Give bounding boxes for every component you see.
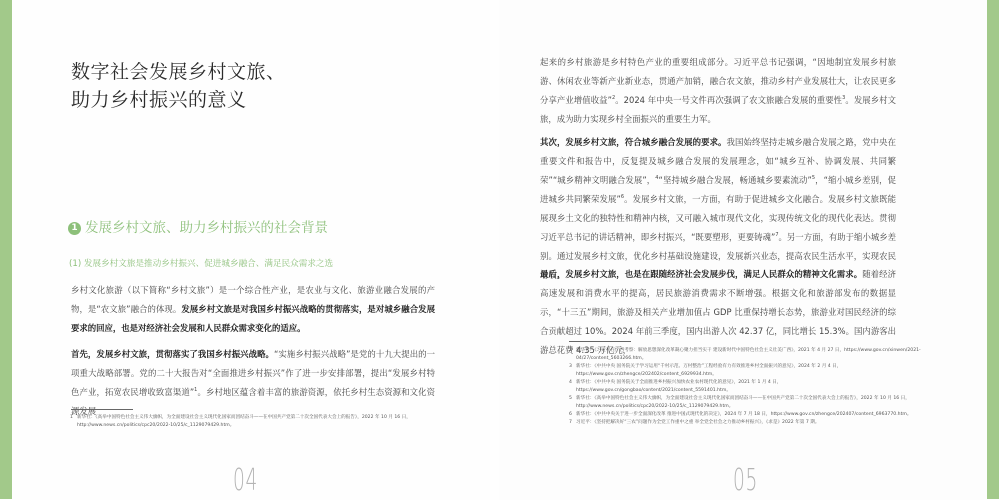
- footnote-item: 7习近平：《坚持把解决好“三农”问题作为全党工作重中之重 举全党全社会之力推动乡…: [569, 419, 934, 427]
- footnote-item: 6新华社：《中共中央关于进一步全面深化改革 推进中国式现代化的决定》，2024 …: [569, 411, 934, 419]
- page-number: 05: [733, 462, 758, 500]
- paragraph-bold-text: 首先，发展乡村文旅，贯彻落实了我国乡村振兴战略。: [71, 349, 274, 359]
- chapter-title-line2: 助力乡村振兴的意义: [71, 89, 247, 111]
- body-paragraph: 最后，发展乡村文旅，也是在跟随经济社会发展步伐，满足人民群众的精神文化需求。随着…: [540, 265, 896, 360]
- footnote-item: 5新华社：《高举中国特色社会主义伟大旗帜，为全面建设社会主义现代化国家而团结奋斗…: [569, 395, 934, 411]
- footnote-item: 1 新华社：《高举中国特色社会主义伟大旗帜，为全面建设社会主义现代化国家而团结奋…: [70, 414, 434, 430]
- document-spread: 数字社会发展乡村文旅、 助力乡村振兴的意义 1 发展乡村文旅、助力乡村振兴的社会…: [0, 0, 999, 500]
- paragraph-text: 随着经济高速发展和消费水平的提高，居民旅游消费需求不断增强。根据文化和旅游部发布…: [540, 269, 896, 355]
- footnote-text: 新华社：《习近平在广西考察：解放思想深化改革凝心聚力担当实干 建设新时代中国特色…: [576, 347, 934, 363]
- footnote-number: 7: [569, 419, 576, 427]
- chapter-title: 数字社会发展乡村文旅、 助力乡村振兴的意义: [71, 58, 286, 114]
- body-paragraph: 其次，发展乡村文旅，符合城乡融合发展的要求。我国始终坚持走城乡融合发展之路，党中…: [540, 133, 896, 285]
- chapter-title-line1: 数字社会发展乡村文旅、: [71, 61, 286, 83]
- footnote-number: 2: [569, 347, 576, 363]
- footnote-item: 4新华社：《中共中央 国务院关于全面推进乡村振兴加快农业农村现代化的意见》，20…: [569, 379, 934, 395]
- paragraph-bold-text: 最后，发展乡村文旅，也是在跟随经济社会发展步伐，满足人民群众的精神文化需求。: [540, 269, 862, 279]
- subsection-heading: (1) 发展乡村文旅是推动乡村振兴、促进城乡融合、满足民众需求之选: [69, 258, 333, 270]
- paragraph-text: 。2024 年中央一号文件再次强调了农文旅融合发展的重要性: [615, 95, 842, 105]
- section-heading: 1 发展乡村文旅、助力乡村振兴的社会背景: [68, 219, 328, 237]
- section-heading-text: 发展乡村文旅、助力乡村振兴的社会背景: [85, 219, 328, 237]
- left-page: 数字社会发展乡村文旅、 助力乡村振兴的意义 1 发展乡村文旅、助力乡村振兴的社会…: [0, 0, 499, 500]
- section-number-circle-icon: 1: [68, 222, 81, 235]
- footnote-number: 3: [569, 363, 576, 379]
- body-paragraph: 起来的乡村旅游是乡村特色产业的重要组成部分。习近平总书记强调，“因地制宜发展乡村…: [540, 53, 896, 129]
- footnote-divider: [569, 341, 631, 342]
- right-page: 起来的乡村旅游是乡村特色产业的重要组成部分。习近平总书记强调，“因地制宜发展乡村…: [499, 0, 999, 500]
- footnote-text: 新华社：《高举中国特色社会主义伟大旗帜，为全面建设社会主义现代化国家而团结奋斗—…: [77, 414, 434, 430]
- footnote-text: 新华社：《中共中央关于进一步全面深化改革 推进中国式现代化的决定》，2024 年…: [576, 411, 934, 419]
- footnote-item: 3新华社：《中共中央 国务院关于学习运用“千村示范、万村整治”工程经验有力有效推…: [569, 363, 934, 379]
- footnote-divider: [71, 409, 133, 410]
- paragraph-bold-text: 其次，发展乡村文旅，符合城乡融合发展的要求。: [540, 137, 727, 147]
- footnote-number: 1: [70, 414, 77, 430]
- footnote-text: 习近平：《坚持把解决好“三农”问题作为全党工作重中之重 举全党全社会之力推动乡村…: [576, 419, 934, 427]
- footnote-text: 新华社：《中共中央 国务院关于全面推进乡村振兴加快农业农村现代化的意见》，202…: [576, 379, 934, 395]
- footnote-text: 新华社：《高举中国特色社会主义伟大旗帜，为全面建设社会主义现代化国家而团结奋斗—…: [576, 395, 934, 411]
- left-accent-bar: [0, 0, 12, 499]
- paragraph-text: “坚持城乡融合发展，畅通城乡要素流动”: [658, 175, 811, 185]
- footnote-number: 4: [569, 379, 576, 395]
- footnote-number: 5: [569, 395, 576, 411]
- body-paragraph: 乡村文化旅游（以下简称“乡村文旅”）是一个综合性产业，是农业与文化、旅游业融合发…: [71, 281, 435, 338]
- footnote-item: 2新华社：《习近平在广西考察：解放思想深化改革凝心聚力担当实干 建设新时代中国特…: [569, 347, 934, 363]
- footnotes-list: 2新华社：《习近平在广西考察：解放思想深化改革凝心聚力担当实干 建设新时代中国特…: [569, 347, 934, 427]
- right-accent-bar: [987, 0, 999, 499]
- page-number: 04: [233, 462, 258, 500]
- footnotes-list: 1 新华社：《高举中国特色社会主义伟大旗帜，为全面建设社会主义现代化国家而团结奋…: [70, 414, 434, 430]
- footnote-text: 新华社：《中共中央 国务院关于学习运用“千村示范、万村整治”工程经验有力有效推进…: [576, 363, 934, 379]
- footnote-number: 6: [569, 411, 576, 419]
